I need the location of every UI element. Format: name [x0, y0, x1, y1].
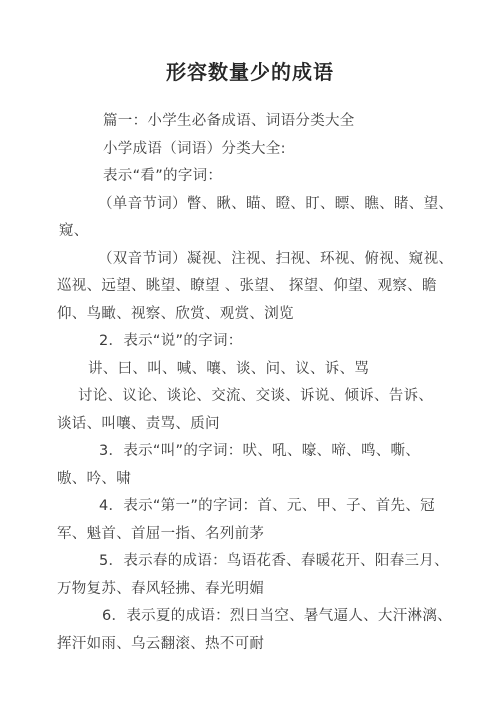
text-line: 3．表示“叫”的字词：吠、吼、嚎、啼、鸣、嘶、 — [57, 438, 500, 466]
text-line: 巡视、远望、眺望、瞭望 、张望、 探望、仰望、观察、瞻 — [57, 273, 500, 301]
text-line: （单音节词）瞥、瞅、瞄、瞪、盯、瞟、瞧、睹、望、 — [57, 191, 500, 219]
text-line: 军、魁首、首屈一指、名列前茅 — [57, 521, 500, 549]
text-line: 窥、 — [57, 218, 500, 246]
text-line: 谈话、叫嚷、责骂、质问 — [57, 411, 500, 439]
text-line: 2．表示“说”的字词： — [57, 328, 500, 356]
document-title: 形容数量少的成语 — [0, 56, 500, 85]
text-line: 讨论、议论、谈论、交流、交谈、诉说、倾诉、告诉、 — [57, 383, 500, 411]
text-line: 小学成语（词语）分类大全: — [57, 136, 500, 164]
text-line: 嗷、吟、啸 — [57, 466, 500, 494]
document-body: 篇一：小学生必备成语、词语分类大全小学成语（词语）分类大全:表示“看”的字词：（… — [57, 108, 500, 658]
text-line: 6．表示夏的成语：烈日当空、暑气逼人、大汗淋漓、 — [57, 603, 500, 631]
text-line: 4．表示“第一”的字词：首、元、甲、子、首先、冠 — [57, 493, 500, 521]
text-line: （双音节词）凝视、注视、扫视、环视、俯视、窥视、 — [57, 246, 500, 274]
text-line: 讲、曰、叫、喊、嚷、谈、问、议、诉、骂 — [57, 356, 500, 384]
text-line: 仰、鸟瞰、视察、欣赏、观赏、浏览 — [57, 301, 500, 329]
text-line: 5．表示春的成语：鸟语花香、春暖花开、阳春三月、 — [57, 548, 500, 576]
text-line: 篇一：小学生必备成语、词语分类大全 — [57, 108, 500, 136]
text-line: 表示“看”的字词： — [57, 163, 500, 191]
text-line: 万物复苏、春风轻拂、春光明媚 — [57, 576, 500, 604]
document-page: 形容数量少的成语 篇一：小学生必备成语、词语分类大全小学成语（词语）分类大全:表… — [0, 0, 500, 707]
text-line: 挥汗如雨、乌云翻滚、热不可耐 — [57, 631, 500, 659]
